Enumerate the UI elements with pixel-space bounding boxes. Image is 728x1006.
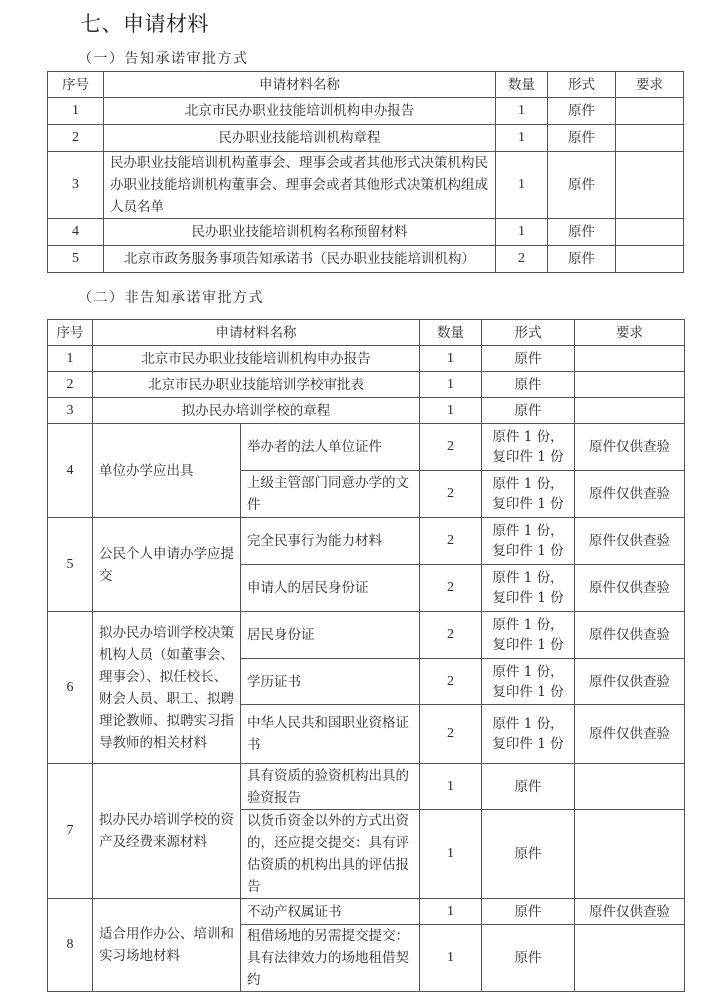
- row-name: 北京市民办职业技能培训机构申办报告: [93, 346, 420, 372]
- row-form: 原件: [548, 125, 616, 152]
- item-form-line2: 复印件 1 份: [492, 496, 563, 512]
- row-form: 原件: [482, 346, 575, 372]
- item-req: [575, 925, 685, 992]
- item-req: 原件仅供查验: [575, 565, 685, 612]
- group-category: 拟办民办培训学校的资产及经费来源材料: [93, 764, 241, 899]
- item-name: 完全民事行为能力材料: [241, 518, 420, 565]
- row-req: [616, 98, 684, 125]
- item-name: 学历证书: [241, 659, 420, 705]
- row-no: 2: [48, 125, 104, 152]
- item-req: 原件仅供查验: [575, 471, 685, 518]
- row-no: 1: [48, 98, 104, 125]
- row-req: [616, 246, 684, 273]
- table-row: 1 北京市民办职业技能培训机构申办报告 1 原件: [48, 346, 685, 372]
- row-form: 原件: [548, 219, 616, 246]
- item-name: 具有资质的验资机构出具的验资报告: [241, 764, 420, 810]
- row-no: 1: [48, 346, 93, 372]
- row-qty: 1: [420, 372, 482, 398]
- item-req: 原件仅供查验: [575, 612, 685, 659]
- item-qty: 2: [420, 471, 482, 518]
- materials-table-non-notify-commitment: 序号 申请材料名称 数量 形式 要求 1 北京市民办职业技能培训机构申办报告 1…: [47, 319, 685, 992]
- item-req: 原件仅供查验: [575, 659, 685, 705]
- item-qty: 2: [420, 612, 482, 659]
- row-qty: 1: [496, 125, 548, 152]
- item-req: 原件仅供查验: [575, 518, 685, 565]
- row-form: 原件: [482, 372, 575, 398]
- item-form-line2: 复印件 1 份: [492, 449, 563, 465]
- item-qty: 2: [420, 565, 482, 612]
- header-no: 序号: [48, 72, 104, 98]
- table-row: 4 民办职业技能培训机构名称预留材料 1 原件: [48, 219, 684, 246]
- item-qty: 2: [420, 518, 482, 565]
- header-form: 形式: [548, 72, 616, 98]
- row-name: 民办职业技能培训机构董事会、理事会或者其他形式决策机构民办职业技能培训机构董事会…: [104, 152, 496, 219]
- table-row: 5 公民个人申请办学应提交 完全民事行为能力材料 2 原件 1 份，复印件 1 …: [48, 518, 685, 565]
- item-form-line2: 复印件 1 份: [492, 736, 563, 752]
- group-no: 7: [48, 764, 93, 899]
- table-row: 4 单位办学应出具 举办者的法人单位证件 2 原件 1 份，复印件 1 份 原件…: [48, 424, 685, 471]
- item-name: 举办者的法人单位证件: [241, 424, 420, 471]
- item-form: 原件: [482, 810, 575, 899]
- table-header-row: 序号 申请材料名称 数量 形式 要求: [48, 72, 684, 98]
- row-qty: 1: [496, 152, 548, 219]
- row-name: 民办职业技能培训机构名称预留材料: [104, 219, 496, 246]
- row-no: 2: [48, 372, 93, 398]
- item-form-line1: 原件 1 份，: [492, 716, 563, 732]
- row-form: 原件: [548, 152, 616, 219]
- row-no: 3: [48, 398, 93, 424]
- item-qty: 1: [420, 764, 482, 810]
- table-row: 3 拟办民办培训学校的章程 1 原件: [48, 398, 685, 424]
- table-row: 8 适合用作办公、培训和实习场地材料 不动产权属证书 1 原件 原件仅供查验: [48, 899, 685, 925]
- row-req: [616, 152, 684, 219]
- row-qty: 2: [496, 246, 548, 273]
- item-form: 原件 1 份，复印件 1 份: [482, 471, 575, 518]
- item-form-line2: 复印件 1 份: [492, 637, 563, 653]
- item-qty: 1: [420, 925, 482, 992]
- row-name: 北京市政务服务事项告知承诺书（民办职业技能培训机构）: [104, 246, 496, 273]
- group-category: 公民个人申请办学应提交: [93, 518, 241, 612]
- row-qty: 1: [496, 219, 548, 246]
- row-qty: 1: [420, 346, 482, 372]
- item-form: 原件: [482, 925, 575, 992]
- item-name: 以货币资金以外的方式出资的，还应提交提交：具有评估资质的机构出具的评估报告: [241, 810, 420, 899]
- row-form: 原件: [548, 98, 616, 125]
- item-name: 申请人的居民身份证: [241, 565, 420, 612]
- item-form: 原件 1 份，复印件 1 份: [482, 518, 575, 565]
- header-no: 序号: [48, 320, 93, 346]
- group-no: 4: [48, 424, 93, 518]
- row-name: 北京市民办职业技能培训学校审批表: [93, 372, 420, 398]
- header-qty: 数量: [420, 320, 482, 346]
- item-form-line1: 原件 1 份，: [492, 429, 563, 445]
- group-no: 5: [48, 518, 93, 612]
- row-name: 民办职业技能培训机构章程: [104, 125, 496, 152]
- row-form: 原件: [482, 398, 575, 424]
- item-form-line2: 复印件 1 份: [492, 590, 563, 606]
- item-form-line2: 复印件 1 份: [492, 684, 563, 700]
- row-req: [575, 346, 685, 372]
- item-req: [575, 764, 685, 810]
- item-qty: 2: [420, 705, 482, 764]
- item-form: 原件 1 份，复印件 1 份: [482, 565, 575, 612]
- table-row: 6 拟办民办培训学校决策机构人员（如董事会、理事会）、拟任校长、财会人员、职工、…: [48, 612, 685, 659]
- item-req: 原件仅供查验: [575, 899, 685, 925]
- item-name: 不动产权属证书: [241, 899, 420, 925]
- item-form-line1: 原件 1 份，: [492, 617, 563, 633]
- item-form: 原件: [482, 899, 575, 925]
- item-qty: 1: [420, 899, 482, 925]
- subsection-title-notify-commitment: （一）告知承诺审批方式: [78, 48, 249, 68]
- table-row: 2 民办职业技能培训机构章程 1 原件: [48, 125, 684, 152]
- item-form-line1: 原件 1 份，: [492, 664, 563, 680]
- item-qty: 2: [420, 424, 482, 471]
- row-name: 北京市民办职业技能培训机构申办报告: [104, 98, 496, 125]
- row-req: [616, 219, 684, 246]
- item-name: 中华人民共和国职业资格证书: [241, 705, 420, 764]
- item-form-line1: 原件 1 份，: [492, 570, 563, 586]
- table-row: 5 北京市政务服务事项告知承诺书（民办职业技能培训机构） 2 原件: [48, 246, 684, 273]
- header-req: 要求: [575, 320, 685, 346]
- row-req: [616, 125, 684, 152]
- item-form: 原件: [482, 764, 575, 810]
- item-form-line1: 原件 1 份，: [492, 523, 563, 539]
- row-no: 4: [48, 219, 104, 246]
- header-name: 申请材料名称: [104, 72, 496, 98]
- table-row: 1 北京市民办职业技能培训机构申办报告 1 原件: [48, 98, 684, 125]
- row-req: [575, 372, 685, 398]
- group-no: 8: [48, 899, 93, 992]
- group-category: 拟办民办培训学校决策机构人员（如董事会、理事会）、拟任校长、财会人员、职工、拟聘…: [93, 612, 241, 764]
- item-qty: 1: [420, 810, 482, 899]
- table-row: 3 民办职业技能培训机构董事会、理事会或者其他形式决策机构民办职业技能培训机构董…: [48, 152, 684, 219]
- item-form-line2: 复印件 1 份: [492, 543, 563, 559]
- row-req: [575, 398, 685, 424]
- subsection-title-non-notify-commitment: （二）非告知承诺审批方式: [78, 287, 264, 307]
- table-header-row: 序号 申请材料名称 数量 形式 要求: [48, 320, 685, 346]
- group-category: 适合用作办公、培训和实习场地材料: [93, 899, 241, 992]
- row-qty: 1: [420, 398, 482, 424]
- group-category: 单位办学应出具: [93, 424, 241, 518]
- row-no: 3: [48, 152, 104, 219]
- materials-table-notify-commitment: 序号 申请材料名称 数量 形式 要求 1 北京市民办职业技能培训机构申办报告 1…: [47, 71, 684, 273]
- item-req: [575, 810, 685, 899]
- item-qty: 2: [420, 659, 482, 705]
- item-form: 原件 1 份，复印件 1 份: [482, 659, 575, 705]
- header-qty: 数量: [496, 72, 548, 98]
- item-form: 原件 1 份，复印件 1 份: [482, 424, 575, 471]
- table-row: 7 拟办民办培训学校的资产及经费来源材料 具有资质的验资机构出具的验资报告 1 …: [48, 764, 685, 810]
- table-row: 2 北京市民办职业技能培训学校审批表 1 原件: [48, 372, 685, 398]
- item-form-line1: 原件 1 份，: [492, 476, 563, 492]
- header-name: 申请材料名称: [93, 320, 420, 346]
- row-name: 拟办民办培训学校的章程: [93, 398, 420, 424]
- row-no: 5: [48, 246, 104, 273]
- header-form: 形式: [482, 320, 575, 346]
- row-qty: 1: [496, 98, 548, 125]
- group-no: 6: [48, 612, 93, 764]
- item-name: 租借场地的另需提交提交：具有法律效力的场地租借契约: [241, 925, 420, 992]
- item-form: 原件 1 份，复印件 1 份: [482, 705, 575, 764]
- header-req: 要求: [616, 72, 684, 98]
- item-name: 居民身份证: [241, 612, 420, 659]
- item-name: 上级主管部门同意办学的文件: [241, 471, 420, 518]
- item-form: 原件 1 份，复印件 1 份: [482, 612, 575, 659]
- item-req: 原件仅供查验: [575, 705, 685, 764]
- section-title: 七、申请材料: [80, 8, 209, 38]
- row-form: 原件: [548, 246, 616, 273]
- item-req: 原件仅供查验: [575, 424, 685, 471]
